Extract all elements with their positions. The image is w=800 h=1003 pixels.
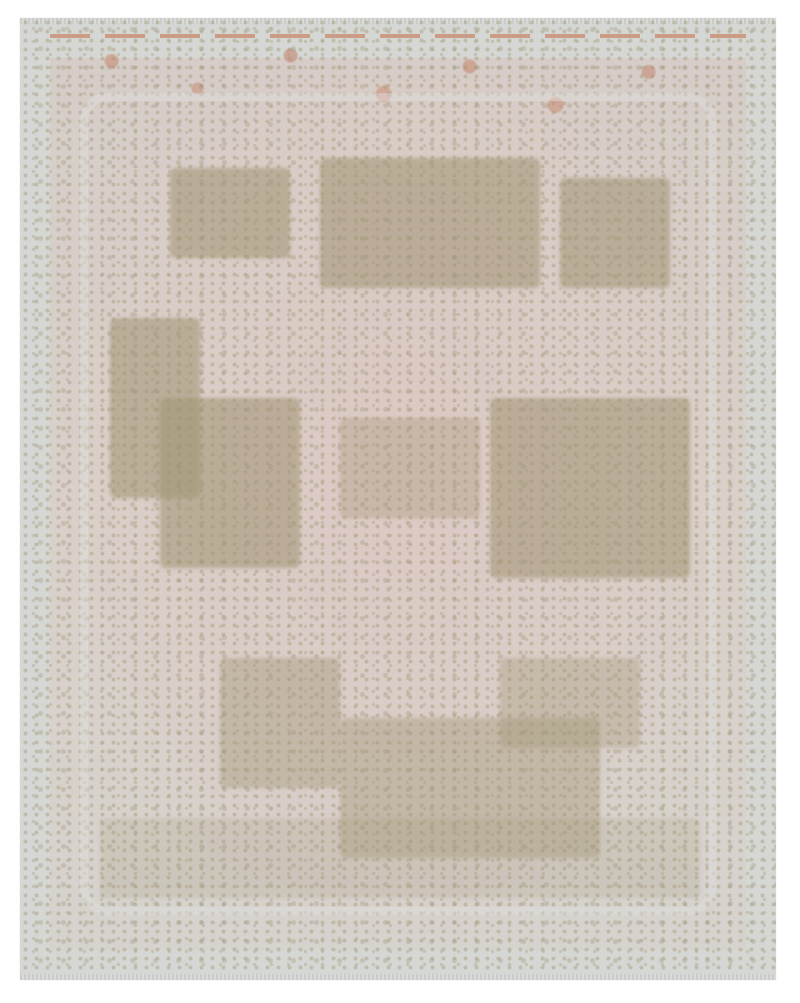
- rug-bottom-edge: [20, 974, 776, 980]
- rug-inner-frame: [80, 93, 716, 915]
- rug: [20, 18, 776, 980]
- image-caption: Distressed vintage-style area rug, top-d…: [0, 0, 1, 1]
